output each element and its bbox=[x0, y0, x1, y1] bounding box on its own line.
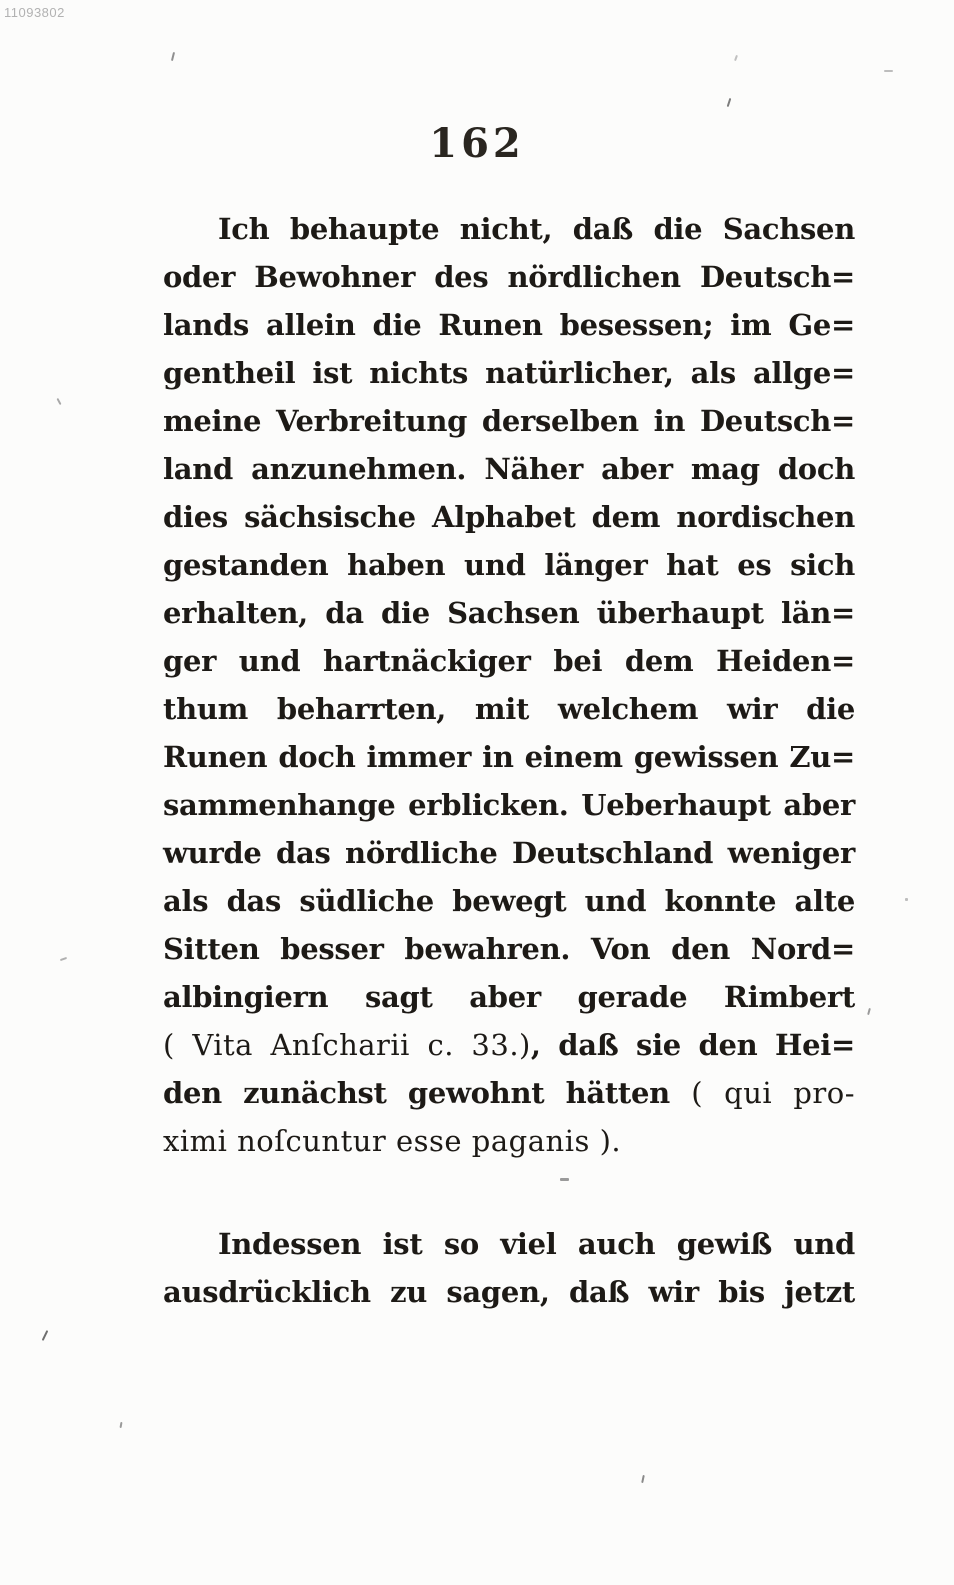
text-line: Runen doch immer in einem gewissen Zu= bbox=[163, 733, 855, 781]
text-line: gestanden haben und länger hat es sich bbox=[163, 541, 855, 589]
text-line: land anzunehmen. Näher aber mag doch bbox=[163, 445, 855, 493]
text-line: Sitten besser bewahren. Von den Nord= bbox=[163, 925, 855, 973]
text-line: Indessen ist so viel auch gewiß und bbox=[163, 1220, 855, 1268]
scan-speck bbox=[734, 55, 738, 61]
text-segment-fraktur: wurde das nördliche Deutschland weniger bbox=[163, 836, 855, 870]
text-line: dies sächsische Alphabet dem nordischen bbox=[163, 493, 855, 541]
scan-speck bbox=[905, 898, 908, 901]
text-segment-fraktur: meine Verbreitung derselben in Deutsch= bbox=[163, 404, 855, 438]
text-line: meine Verbreitung derselben in Deutsch= bbox=[163, 397, 855, 445]
scan-speck bbox=[60, 957, 67, 961]
text-segment-fraktur: albingiern sagt aber gerade Rimbert bbox=[163, 980, 855, 1014]
text-segment-fraktur: erhalten, da die Sachsen überhaupt län= bbox=[163, 596, 855, 630]
text-line: gentheil ist nichts natürlicher, als all… bbox=[163, 349, 855, 397]
text-segment-fraktur: dies sächsische Alphabet dem nordischen bbox=[163, 500, 855, 534]
text-line: Ich behaupte nicht, daß die Sachsen bbox=[163, 205, 855, 253]
text-segment-fraktur: oder Bewohner des nördlichen Deutsch= bbox=[163, 260, 855, 294]
scan-speck bbox=[884, 70, 893, 72]
text-line: als das südliche bewegt und konnte alte bbox=[163, 877, 855, 925]
paragraph: Indessen ist so viel auch gewiß undausdr… bbox=[163, 1220, 855, 1316]
page-text: Ich behaupte nicht, daß die Sachsenoder … bbox=[163, 205, 855, 1316]
text-segment-fraktur: ausdrücklich zu sagen, daß wir bis jetzt bbox=[163, 1275, 855, 1309]
text-segment-fraktur: Runen doch immer in einem gewissen Zu= bbox=[163, 740, 855, 774]
text-segment-fraktur: Ich behaupte nicht, daß die Sachsen bbox=[218, 212, 855, 246]
text-line: lands allein die Runen besessen; im Ge= bbox=[163, 301, 855, 349]
text-segment-antiqua: ( Vita Anſcharii c. 33.) bbox=[163, 1028, 531, 1062]
paragraph: Ich behaupte nicht, daß die Sachsenoder … bbox=[163, 205, 855, 1165]
scan-speck bbox=[119, 1422, 122, 1428]
text-line: erhalten, da die Sachsen überhaupt län= bbox=[163, 589, 855, 637]
text-line: ( Vita Anſcharii c. 33.), daß sie den He… bbox=[163, 1021, 855, 1069]
text-segment-antiqua: ximi noſcuntur esse paganis ). bbox=[163, 1124, 621, 1158]
scan-speck bbox=[560, 1178, 569, 1181]
scanned-book-page: 11093802 162 Ich behaupte nicht, daß die… bbox=[0, 0, 954, 1585]
scan-speck bbox=[641, 1475, 645, 1483]
text-segment-fraktur: ger und hartnäckiger bei dem Heiden= bbox=[163, 644, 855, 678]
text-segment-fraktur: land anzunehmen. Näher aber mag doch bbox=[163, 452, 855, 486]
scan-speck bbox=[56, 398, 61, 405]
text-segment-fraktur: thum beharrten, mit welchem wir die bbox=[163, 692, 855, 726]
text-line: ger und hartnäckiger bei dem Heiden= bbox=[163, 637, 855, 685]
text-line: albingiern sagt aber gerade Rimbert bbox=[163, 973, 855, 1021]
text-segment-fraktur: den zunächst gewohnt hätten bbox=[163, 1076, 691, 1110]
text-line: oder Bewohner des nördlichen Deutsch= bbox=[163, 253, 855, 301]
scan-watermark-id: 11093802 bbox=[4, 5, 65, 20]
text-segment-fraktur: als das südliche bewegt und konnte alte bbox=[163, 884, 855, 918]
scan-speck bbox=[727, 98, 732, 107]
text-segment-fraktur: , daß sie den Hei= bbox=[531, 1028, 855, 1062]
text-segment-fraktur: gentheil ist nichts natürlicher, als all… bbox=[163, 356, 855, 390]
text-segment-fraktur: Sitten besser bewahren. Von den Nord= bbox=[163, 932, 855, 966]
page-number: 162 bbox=[0, 120, 954, 167]
text-line: ximi noſcuntur esse paganis ). bbox=[163, 1117, 855, 1165]
scan-speck bbox=[867, 1008, 871, 1015]
text-segment-fraktur: gestanden haben und länger hat es sich bbox=[163, 548, 855, 582]
text-line: thum beharrten, mit welchem wir die bbox=[163, 685, 855, 733]
text-segment-fraktur: sammenhange erblicken. Ueberhaupt aber bbox=[163, 788, 855, 822]
text-line: ausdrücklich zu sagen, daß wir bis jetzt bbox=[163, 1268, 855, 1316]
scan-speck bbox=[42, 1330, 49, 1341]
text-segment-fraktur: lands allein die Runen besessen; im Ge= bbox=[163, 308, 855, 342]
text-segment-fraktur: Indessen ist so viel auch gewiß und bbox=[218, 1227, 855, 1261]
text-segment-antiqua: ( qui pro- bbox=[691, 1076, 855, 1110]
scan-speck bbox=[171, 52, 175, 61]
text-line: sammenhange erblicken. Ueberhaupt aber bbox=[163, 781, 855, 829]
text-line: den zunächst gewohnt hätten ( qui pro- bbox=[163, 1069, 855, 1117]
text-line: wurde das nördliche Deutschland weniger bbox=[163, 829, 855, 877]
